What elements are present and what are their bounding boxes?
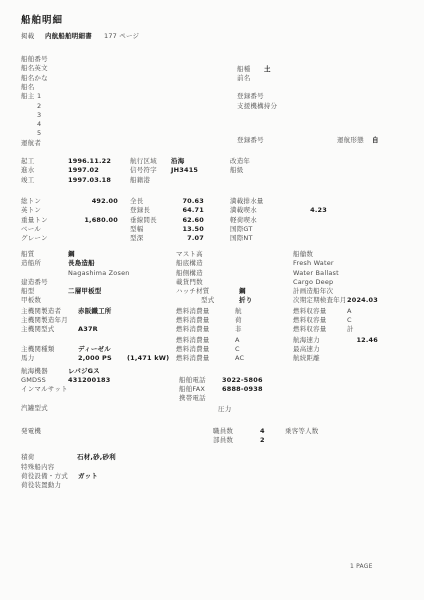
nav-equipment-label: 航海機器 (21, 368, 48, 376)
bale-label: ベール (21, 226, 41, 234)
officers-count-value: 4 (260, 428, 265, 436)
full-draft-value: 4.23 (237, 207, 327, 215)
deadweight-value: 1,680.00 (22, 217, 118, 225)
cargo-doors-label: 載貨門数 (176, 279, 203, 287)
build-number-label: 建造番号 (21, 279, 48, 287)
launch-label: 進水 (21, 167, 34, 175)
mobile-phone-label: 携帯電話 (179, 395, 206, 403)
shipyard-label: 造船所 (21, 260, 41, 268)
officers-count-label: 職員数 (213, 428, 233, 436)
inmarsat-label: インマルサット (21, 386, 68, 394)
engine-model-label: 主機関型式 (21, 326, 55, 334)
hatch-material-label: ハッチ材質 (176, 288, 210, 296)
ship-fax-value: 6888-0938 (222, 386, 263, 394)
home-port-label: 船籍港 (130, 177, 150, 185)
engine-date-label: 主機関製造年月 (21, 317, 68, 325)
fuel-consumption-label-6: 燃料消費量 (176, 355, 210, 363)
operation-form-label: 運航形態 (337, 137, 364, 145)
planned-build-year-label: 計画造船年次 (293, 288, 333, 296)
former-name-label: 前名 (237, 75, 250, 83)
light-draft-label: 軽荷喫水 (230, 217, 257, 225)
registered-length-value: 64.71 (130, 207, 204, 215)
nav-equipment-value: レパジGス (68, 368, 100, 376)
passengers-label: 乗客等人数 (285, 428, 319, 436)
hull-type-label: 船型 (21, 288, 34, 296)
next-survey-label: 次期定期検査年月 (293, 297, 347, 305)
shipyard-value: 長島造船 (68, 260, 95, 268)
engine-kind-value: ディーゼル (78, 346, 111, 354)
completion-value: 1997.03.18 (68, 177, 111, 185)
shipyard-romaji: Nagashima Zosen (68, 270, 130, 278)
ship-name-kana-label: 船名かな (21, 75, 48, 83)
ratings-count-label: 部員数 (213, 437, 233, 445)
engine-kind-label: 主機関種類 (21, 346, 55, 354)
registration-number2-label: 登録番号 (237, 137, 264, 145)
gross-ton-value: 492.00 (22, 198, 118, 206)
launch-value: 1997.02 (68, 167, 99, 175)
fuel-consumption-label-2: 燃料消費量 (176, 317, 210, 325)
cargo-label: 積荷 (21, 454, 34, 462)
owner-label: 船主 (21, 93, 34, 101)
publication-doc-name: 内航船舶明細書 (45, 33, 92, 41)
service-speed-value: 12.46 (293, 337, 378, 345)
grain-label: グレーン (21, 235, 48, 243)
breadth-value: 13.50 (130, 226, 204, 234)
nav-area-label: 航行区域 (130, 158, 157, 166)
pressure-label: 圧力 (218, 406, 231, 414)
bottom-structure-label: 船底構造 (176, 260, 203, 268)
ship-phone-label: 船舶電話 (179, 377, 206, 385)
ship-type-value: 土 (264, 66, 271, 74)
fuel-consumption-suffix-4: A (235, 337, 240, 345)
fuel-capacity-suffix-1: A (347, 308, 352, 316)
publication-page-ref: 177 ページ (104, 33, 139, 41)
international-gt-label: 国際GT (230, 226, 253, 234)
page-title: 船舶明細 (21, 15, 63, 26)
ship-name-label: 船名 (21, 84, 34, 92)
registration-number-label: 登録番号 (237, 93, 264, 101)
fuel-capacity-label-2: 燃料収容量 (293, 317, 327, 325)
hatch-material-value: 鋼 (239, 288, 246, 296)
fuel-capacity-suffix-3: 計 (347, 326, 354, 334)
owner-index-2: 2 (37, 103, 41, 111)
net-ton-label: 英トン (21, 207, 41, 215)
displacement-label: 満載排水量 (230, 198, 264, 206)
max-speed-label: 最高速力 (293, 346, 320, 354)
hull-type-value: 二層甲板型 (68, 288, 102, 296)
ship-class-label: 船級 (230, 167, 243, 175)
operation-form-value: 自 (372, 137, 379, 145)
generator-label: 発電機 (21, 428, 41, 436)
cargo-gear-power-label: 荷役装置動力 (21, 482, 61, 490)
cargo-value: 石材,砂,砂利 (77, 454, 116, 462)
hull-material-value: 鋼 (68, 251, 75, 259)
fuel-capacity-suffix-2: C (347, 317, 352, 325)
hatch-type-value: 折り (239, 297, 252, 305)
owner-index-1: 1 (37, 93, 41, 101)
loa-value: 70.63 (130, 198, 204, 206)
keel-laid-label: 起工 (21, 158, 34, 166)
support-org-share-label: 支援機構持分 (237, 103, 277, 111)
fuel-consumption-suffix-1: 航 (235, 308, 242, 316)
completion-label: 竣工 (21, 177, 34, 185)
engine-maker-value: 赤阪鐵工所 (78, 308, 112, 316)
holds-count-label: 船艙数 (293, 251, 313, 259)
publication-label: 掲載 (21, 33, 34, 41)
hatch-type-label: 型式 (201, 297, 214, 305)
fuel-consumption-suffix-6: AC (235, 355, 244, 363)
fuel-consumption-suffix-2: 荷 (235, 317, 242, 325)
ship-phone-value: 3022-5806 (222, 377, 263, 385)
ship-number-label: 船舶番号 (21, 56, 48, 64)
lpp-value: 62.60 (130, 217, 204, 225)
ship-type-label: 船種 (237, 66, 250, 74)
hull-material-label: 船質 (21, 251, 34, 259)
cruising-range-label: 航続距離 (293, 355, 320, 363)
ship-fax-label: 船舶FAX (179, 386, 205, 394)
nav-area-value: 沿海 (171, 158, 184, 166)
gmdss-value: 431200183 (68, 377, 111, 385)
fuel-consumption-suffix-5: C (235, 346, 240, 354)
engine-model-value: A37R (78, 326, 98, 334)
cargo-gear-label: 荷役設備・方式 (21, 473, 68, 481)
owner-index-4: 4 (37, 121, 41, 129)
depth-value: 7.07 (130, 235, 204, 243)
fuel-capacity-label-1: 燃料収容量 (293, 308, 327, 316)
remodel-year-label: 改造年 (230, 158, 250, 166)
mast-height-label: マスト高 (176, 251, 203, 259)
special-ship-label: 特殊船内容 (21, 464, 55, 472)
ship-name-en-label: 船名英文 (21, 65, 48, 73)
callsign-label: 信号符字 (130, 167, 157, 175)
operator-label: 運航者 (21, 140, 41, 148)
fuel-capacity-label-3: 燃料収容量 (293, 326, 327, 334)
boiler-type-label: 汽罐型式 (21, 405, 48, 413)
gmdss-label: GMDSS (21, 377, 46, 385)
page-number: 1 PAGE (350, 563, 373, 570)
fuel-consumption-label-5: 燃料消費量 (176, 346, 210, 354)
fuel-consumption-label-1: 燃料消費量 (176, 308, 210, 316)
horsepower-value: 2,000 PS (78, 355, 112, 363)
callsign-value: JH3415 (171, 167, 198, 175)
next-survey-value: 2024.03 (347, 297, 378, 305)
document-page: 船舶明細 掲載 内航船舶明細書 177 ページ 船舶番号 船名英文 船名かな 船… (0, 0, 424, 600)
owner-index-3: 3 (37, 112, 41, 120)
horsepower-label: 馬力 (21, 355, 34, 363)
side-structure-label: 船側構造 (176, 270, 203, 278)
engine-maker-label: 主機関製造者 (21, 308, 61, 316)
cargo-deep-label: Cargo Deep (293, 279, 333, 287)
fuel-consumption-label-4: 燃料消費量 (176, 337, 210, 345)
ratings-count-value: 2 (260, 437, 265, 445)
cargo-gear-value: ガット (78, 473, 98, 481)
water-ballast-label: Water Ballast (293, 270, 339, 278)
fuel-consumption-suffix-3: 非 (235, 326, 242, 334)
fresh-water-label: Fresh Water (293, 260, 334, 268)
owner-index-5: 5 (37, 130, 41, 138)
keel-laid-value: 1996.11.22 (68, 158, 111, 166)
deck-count-label: 甲板数 (21, 297, 41, 305)
international-nt-label: 国際NT (230, 235, 253, 243)
horsepower-kw-value: (1,471 kW) (127, 355, 169, 363)
fuel-consumption-label-3: 燃料消費量 (176, 326, 210, 334)
